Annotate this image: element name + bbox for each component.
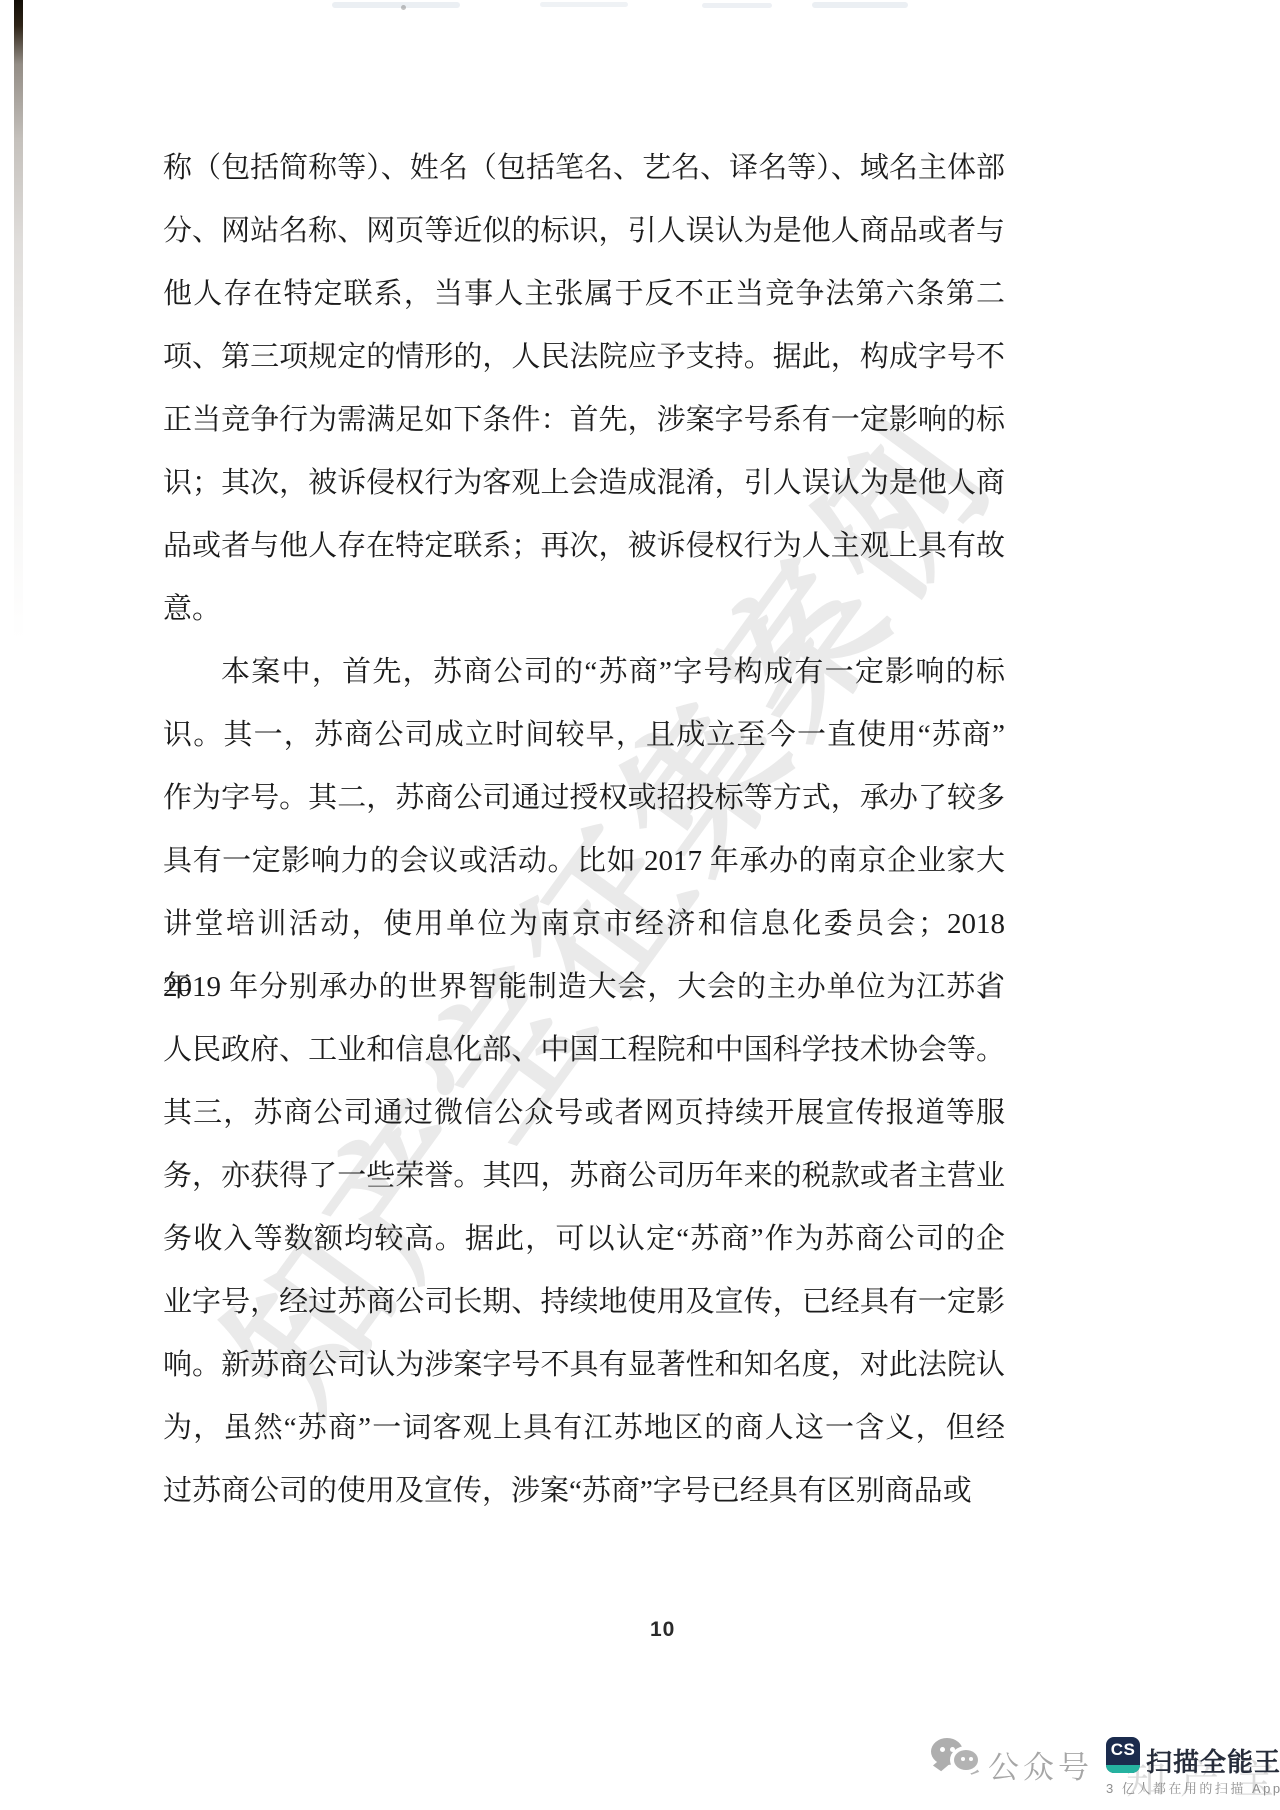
text-line: 响。新苏商公司认为涉案字号不具有显著性和知名度，对此法院认 <box>163 1334 1005 1397</box>
text-line: 业字号，经过苏商公司长期、持续地使用及宣传，已经具有一定影 <box>163 1271 1005 1334</box>
camscanner-logo-icon: CS <box>1106 1737 1140 1773</box>
camscanner-logo-teal-strip <box>1106 1765 1140 1773</box>
page-number: 10 <box>650 1618 675 1642</box>
text-line: 品或者与他人存在特定联系；再次，被诉侵权行为人主观上具有故 <box>163 515 1005 578</box>
text-line: 称（包括简称等）、姓名（包括笔名、艺名、译名等）、域名主体部 <box>163 137 1005 200</box>
camscanner-tagline: 3 亿人都在用的扫描 App <box>1106 1778 1280 1797</box>
text-line: 意。 <box>163 578 1005 641</box>
wechat-icon <box>931 1738 981 1780</box>
wechat-bubble-small <box>954 1750 978 1770</box>
text-line: 务收入等数额均较高。据此，可以认定“苏商”作为苏商公司的企 <box>163 1208 1005 1271</box>
text-line: 他人存在特定联系，当事人主张属于反不正当竞争法第六条第二 <box>163 263 1005 326</box>
wechat-official-account-label: 公众号 <box>988 1742 1093 1787</box>
text-line: 其三，苏商公司通过微信公众号或者网页持续开展宣传报道等服 <box>163 1082 1005 1145</box>
wechat-bubble-eye <box>940 1747 945 1752</box>
scan-smudge <box>812 2 908 8</box>
scan-edge-shadow <box>14 0 23 640</box>
scan-speck <box>401 5 406 10</box>
text-line: 作为字号。其二，苏商公司通过授权或招投标等方式，承办了较多 <box>163 767 1005 830</box>
camscanner-app-name: 扫描全能王™ <box>1146 1742 1280 1779</box>
text-line: 正当竞争行为需满足如下条件：首先，涉案字号系有一定影响的标 <box>163 389 1005 452</box>
scan-smudge <box>540 2 628 7</box>
wechat-bubble-eye <box>950 1747 955 1752</box>
wechat-bubble-eye <box>961 1757 965 1761</box>
text-line: 项、第三项规定的情形的，人民法院应予支持。据此，构成字号不 <box>163 326 1005 389</box>
text-line: 务，亦获得了一些荣誉。其四，苏商公司历年来的税款或者主营业 <box>163 1145 1005 1208</box>
text-line: 具有一定影响力的会议或活动。比如 2017 年承办的南京企业家大 <box>163 830 1005 893</box>
text-line-paragraph-start: 本案中，首先，苏商公司的“苏商”字号构成有一定影响的标 <box>163 641 1005 704</box>
wechat-bubble-eye <box>969 1757 973 1761</box>
judgment-text-block: 称（包括简称等）、姓名（包括笔名、艺名、译名等）、域名主体部 分、网站名称、网页… <box>163 137 1005 1523</box>
text-line: 识。其一，苏商公司成立时间较早，且成立至今一直使用“苏商” <box>163 704 1005 767</box>
text-line: 识；其次，被诉侵权行为客观上会造成混淆，引人误认为是他人商 <box>163 452 1005 515</box>
scan-smudge <box>332 2 460 8</box>
scan-smudge <box>702 3 772 8</box>
camscanner-logo-letters: CS <box>1106 1740 1140 1760</box>
text-line: 讲堂培训活动，使用单位为南京市经济和信息化委员会；2018 年、 <box>163 893 1005 956</box>
text-line: 过苏商公司的使用及宣传，涉案“苏商”字号已经具有区别商品或 <box>163 1460 1005 1523</box>
text-line: 人民政府、工业和信息化部、中国工程院和中国科学技术协会等。 <box>163 1019 1005 1082</box>
camscanner-app-name-text: 扫描全能王 <box>1146 1747 1280 1777</box>
text-line: 分、网站名称、网页等近似的标识，引人误认为是他人商品或者与 <box>163 200 1005 263</box>
text-line: 2019 年分别承办的世界智能制造大会，大会的主办单位为江苏省 <box>163 956 1005 1019</box>
text-line: 为，虽然“苏商”一词客观上具有江苏地区的商人这一含义，但经 <box>163 1397 1005 1460</box>
